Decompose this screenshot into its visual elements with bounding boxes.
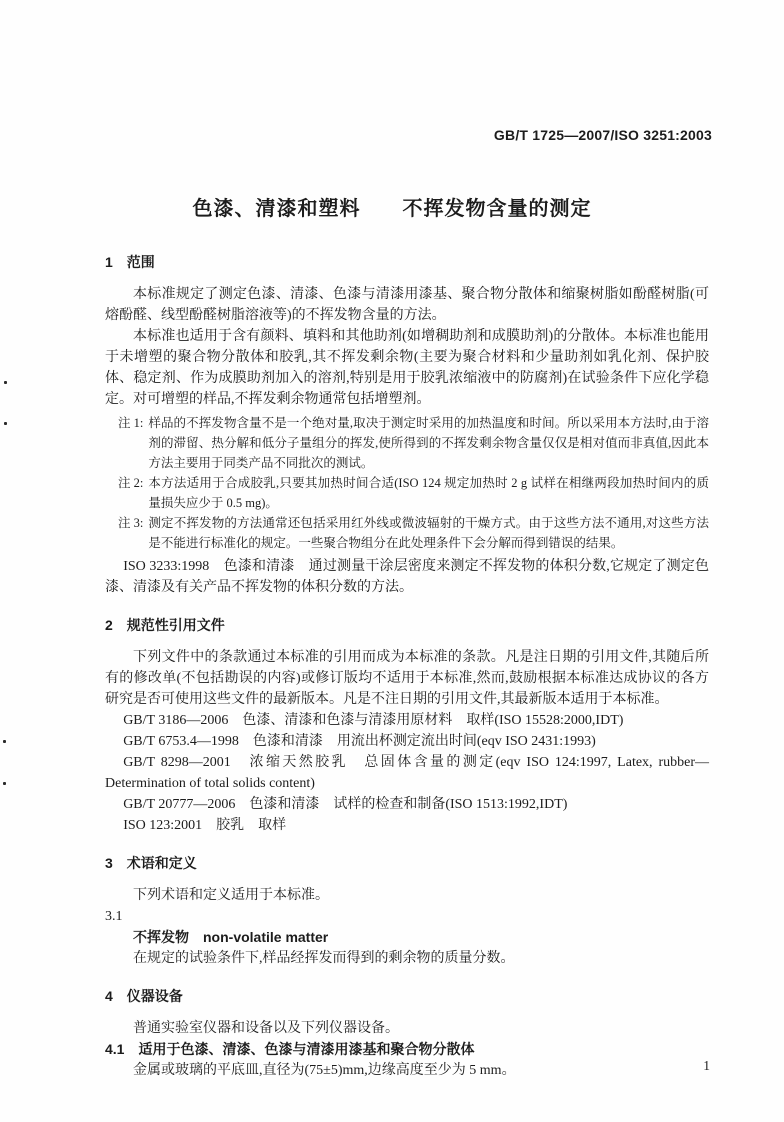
references-list: GB/T 3186—2006 色漆、清漆和色漆与清漆用原材料 取样(ISO 15… — [105, 710, 709, 836]
section-scope-heading: 1 范围 — [105, 252, 709, 273]
reference-item: GB/T 8298—2001 浓缩天然胶乳 总固体含量的测定(eqv ISO 1… — [105, 752, 709, 794]
note-2-text: 本方法适用于合成胶乳,只要其加热时间合适(ISO 124 规定加热时 2 g 试… — [148, 473, 709, 513]
document-body: 1 范围 本标准规定了测定色漆、清漆、色漆与清漆用漆基、聚合物分散体和缩聚树脂如… — [105, 252, 709, 1081]
section-references-heading: 2 规范性引用文件 — [105, 615, 709, 636]
scan-speck — [4, 422, 7, 425]
section-apparatus-heading: 4 仪器设备 — [105, 986, 709, 1007]
scope-paragraph-2: 本标准也适用于含有颜料、填料和其他助剂(如增稠助剂和成膜助剂)的分散体。本标准也… — [105, 326, 709, 410]
term-name: 不挥发物 non-volatile matter — [105, 927, 709, 948]
document-page: GB/T 1725—2007/ISO 3251:2003 色漆、清漆和塑料 不挥… — [0, 0, 784, 1122]
note-3-text: 测定不挥发物的方法通常还包括采用红外线或微波辐射的干燥方式。由于这些方法不通用,… — [148, 513, 709, 553]
note-3: 注 3: 测定不挥发物的方法通常还包括采用红外线或微波辐射的干燥方式。由于这些方… — [118, 513, 709, 553]
notes-block: 注 1: 样品的不挥发物含量不是一个绝对量,取决于测定时采用的加热温度和时间。所… — [118, 413, 709, 553]
note-1: 注 1: 样品的不挥发物含量不是一个绝对量,取决于测定时采用的加热温度和时间。所… — [118, 413, 709, 473]
section-terms-heading: 3 术语和定义 — [105, 853, 709, 874]
document-title: 色漆、清漆和塑料 不挥发物含量的测定 — [0, 192, 784, 221]
reference-item: GB/T 20777—2006 色漆和清漆 试样的检查和制备(ISO 1513:… — [105, 794, 709, 815]
apparatus-subsection-body: 金属或玻璃的平底皿,直径为(75±5)mm,边缘高度至少为 5 mm。 — [105, 1060, 709, 1081]
scope-paragraph-1: 本标准规定了测定色漆、清漆、色漆与清漆用漆基、聚合物分散体和缩聚树脂如酚醛树脂(… — [105, 284, 709, 326]
note-3-label: 注 3: — [118, 513, 143, 553]
note-2: 注 2: 本方法适用于合成胶乳,只要其加热时间合适(ISO 124 规定加热时 … — [118, 473, 709, 513]
scan-speck — [3, 740, 6, 743]
scope-iso3233-paragraph: ISO 3233:1998 色漆和清漆 通过测量干涂层密度来测定不挥发物的体积分… — [105, 556, 709, 598]
terms-intro: 下列术语和定义适用于本标准。 — [105, 885, 709, 906]
scan-speck — [4, 381, 7, 384]
scan-speck — [3, 782, 6, 785]
apparatus-subsection-heading: 4.1 适用于色漆、清漆、色漆与清漆用漆基和聚合物分散体 — [105, 1039, 709, 1060]
term-definition: 在规定的试验条件下,样品经挥发而得到的剩余物的质量分数。 — [105, 948, 709, 969]
page-number: 1 — [703, 1058, 710, 1074]
reference-item: GB/T 6753.4—1998 色漆和清漆 用流出杯测定流出时间(eqv IS… — [105, 731, 709, 752]
note-1-text: 样品的不挥发物含量不是一个绝对量,取决于测定时采用的加热温度和时间。所以采用本方… — [148, 413, 709, 473]
note-1-label: 注 1: — [118, 413, 143, 473]
note-2-label: 注 2: — [118, 473, 143, 513]
term-item-number: 3.1 — [105, 906, 709, 927]
reference-item: ISO 123:2001 胶乳 取样 — [105, 815, 709, 836]
apparatus-intro: 普通实验室仪器和设备以及下列仪器设备。 — [105, 1018, 709, 1039]
reference-item: GB/T 3186—2006 色漆、清漆和色漆与清漆用原材料 取样(ISO 15… — [105, 710, 709, 731]
references-intro: 下列文件中的条款通过本标准的引用而成为本标准的条款。凡是注日期的引用文件,其随后… — [105, 647, 709, 710]
standard-code: GB/T 1725—2007/ISO 3251:2003 — [494, 127, 712, 143]
